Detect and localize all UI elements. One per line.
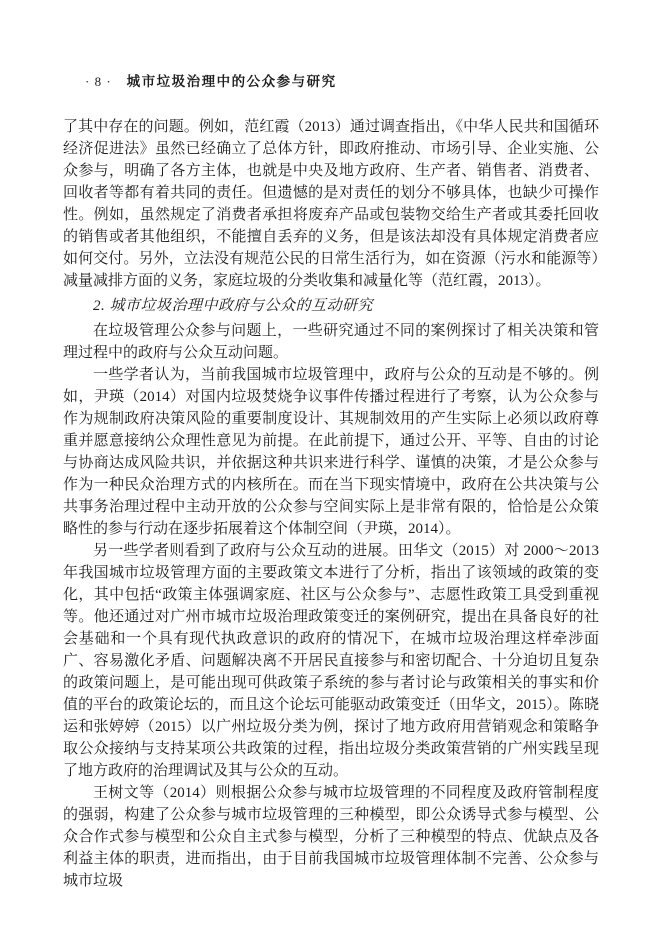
paragraph: 在垃圾管理公众参与问题上，一些研究通过不同的案例探讨了相关决策和管理过程中的政府… xyxy=(63,320,599,364)
document-page: · 8 · 城市垃圾治理中的公众参与研究 了其中存在的问题。例如，范红霞（201… xyxy=(0,0,661,925)
section-heading: 2. 城市垃圾治理中政府与公众的互动研究 xyxy=(63,295,599,317)
paragraph: 王树文等（2014）则根据公众参与城市垃圾管理的不同程度及政府管制程度的强弱，构… xyxy=(63,782,599,892)
page-number: · 8 · xyxy=(85,74,112,90)
running-head: 城市垃圾治理中的公众参与研究 xyxy=(127,70,337,90)
paragraph: 一些学者认为，当前我国城市垃圾管理中，政府与公众的互动是不够的。例如，尹瑛（20… xyxy=(63,364,599,540)
paragraph: 另一些学者则看到了政府与公众互动的进展。田华文（2015）对 2000～2013… xyxy=(63,540,599,782)
paragraph-continued: 了其中存在的问题。例如，范红霞（2013）通过调查指出，《中华人民共和国循环经济… xyxy=(63,116,599,292)
page-header: · 8 · 城市垃圾治理中的公众参与研究 xyxy=(63,70,599,90)
document-body: 了其中存在的问题。例如，范红霞（2013）通过调查指出，《中华人民共和国循环经济… xyxy=(63,116,599,892)
